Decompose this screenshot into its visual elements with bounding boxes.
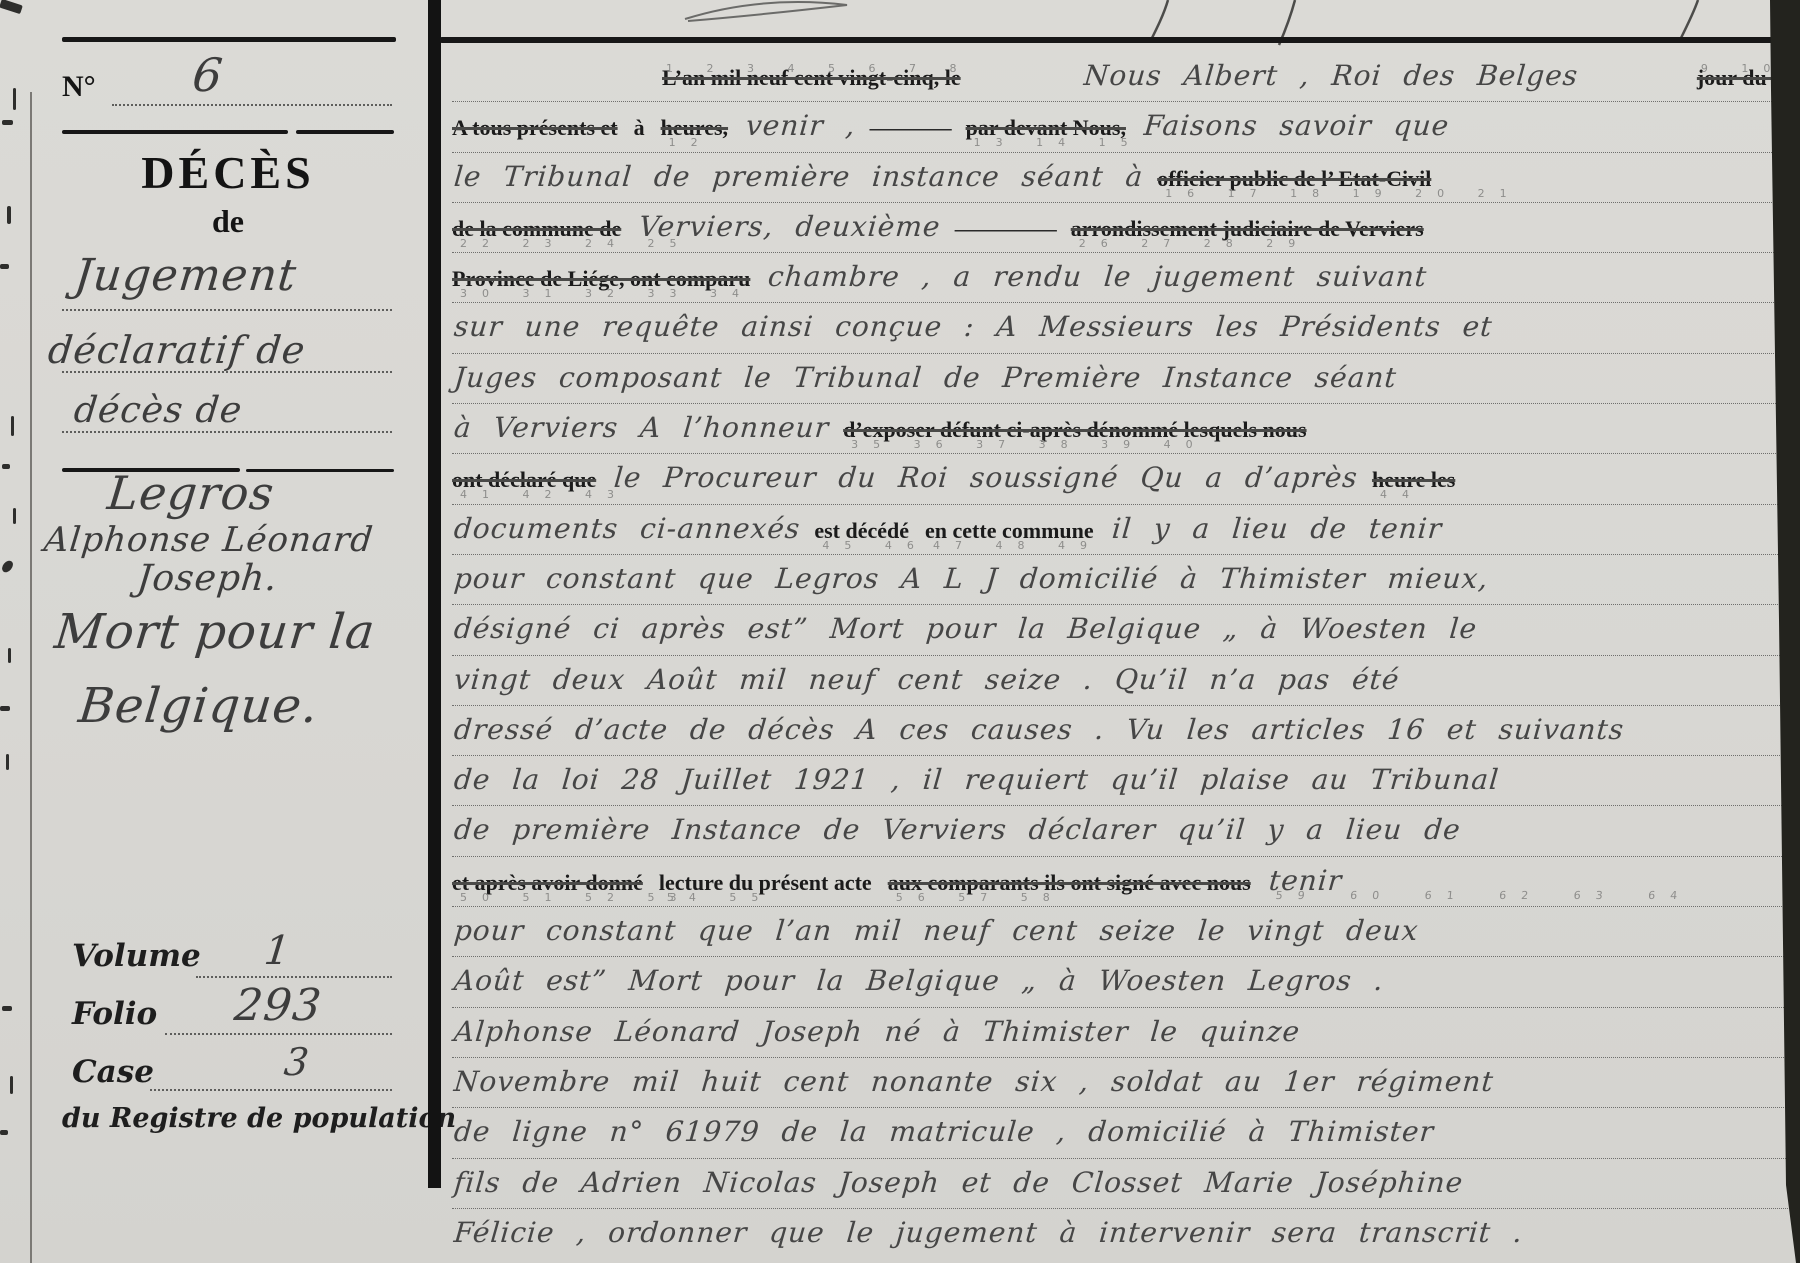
act-text-segment: Province de Liége, ont comparu30 31 32 3… <box>452 255 750 302</box>
dotted-line <box>62 431 392 433</box>
dotted-line <box>112 104 392 106</box>
act-text-segment: Faisons savoir que <box>1142 102 1451 149</box>
mort-pour-la-belgique-line: Mort pour la <box>52 604 378 660</box>
act-line: pour constant que Legros A L J domicilié… <box>452 555 1788 605</box>
act-text-segment: Verviers, deuxième <box>637 203 943 250</box>
act-text-segment: vingt deux Août mil neuf cent seize . Qu… <box>452 656 1402 703</box>
case-label: Case <box>72 1054 154 1090</box>
binding-mark <box>6 754 9 770</box>
record-number-value: 6 <box>190 48 226 102</box>
dotted-line <box>150 1089 392 1091</box>
act-text-segment: et après avoir donné50 51 52 53 <box>452 859 643 906</box>
act-text-segment: officier public de l’ Etat-Civil16 17 18… <box>1157 155 1431 202</box>
case-value: 3 <box>282 1040 312 1084</box>
act-line: A tous présents etàheures,12venir ,————p… <box>452 102 1788 152</box>
main-top-rule <box>440 37 1792 43</box>
act-text-segment: Novembre mil huit cent nonante six , sol… <box>452 1058 1496 1105</box>
binding-mark <box>2 120 13 125</box>
act-text-segment: jour du mois9 10 11 <box>1592 54 1800 101</box>
act-text-segment: de ligne n° 61979 de la matricule , domi… <box>452 1108 1436 1155</box>
death-record-scan: N° 6 DÉCÈS de Jugement déclaratif de déc… <box>0 0 1800 1263</box>
margin-rule <box>62 130 288 134</box>
act-line: fils de Adrien Nicolas Joseph et de Clos… <box>452 1159 1788 1209</box>
act-text-segment: d’exposer défunt ci-après dénommé lesque… <box>843 406 1306 453</box>
act-text-segment: documents ci-annexés <box>452 505 802 552</box>
act-line: de ligne n° 61979 de la matricule , domi… <box>452 1108 1788 1158</box>
binding-mark <box>0 559 15 575</box>
act-text-segment: chambre , a rendu le jugement suivant <box>766 253 1429 300</box>
act-line: de première Instance de Verviers déclare… <box>452 806 1788 856</box>
dotted-line <box>165 1033 392 1035</box>
binding-mark <box>13 88 16 110</box>
form-field-number: 9 10 11 <box>1596 45 1800 92</box>
act-text-segment: de première Instance de Verviers déclare… <box>452 806 1463 853</box>
act-line: de la commune de22 23 24 25Verviers, deu… <box>452 203 1788 253</box>
act-text-segment: par devant Nous,13 14 15 <box>966 104 1126 151</box>
act-text-segment: est décédé45 46 <box>814 507 909 554</box>
act-text-segment: Alphonse Léonard Joseph né à Thimister l… <box>452 1008 1302 1055</box>
binding-mark <box>0 0 23 14</box>
deceased-name-line: Alphonse Léonard <box>42 520 375 560</box>
dotted-line <box>62 309 392 311</box>
dotted-line <box>196 976 392 978</box>
folio-label: Folio <box>72 996 157 1032</box>
act-text-segment: ————— <box>955 205 1055 252</box>
act-line: documents ci-annexésest décédé45 46en ce… <box>452 505 1788 555</box>
act-text-segment: heures,12 <box>661 104 728 151</box>
act-text-segment: ont déclaré que41 42 43 <box>452 456 596 503</box>
population-register-note: du Registre de population <box>62 1103 456 1134</box>
act-text-segment: arrondissement judiciaire de Verviers26 … <box>1071 205 1424 252</box>
binding-mark <box>2 1006 12 1011</box>
deceased-name-line: Joseph. <box>135 558 280 599</box>
act-line: Juges composant le Tribunal de Première … <box>452 354 1788 404</box>
act-line: et après avoir donné50 51 52 53lecture d… <box>452 857 1788 907</box>
act-text-segment: Août est” Mort pour la Belgique „ à Woes… <box>452 957 1386 1004</box>
dotted-line <box>62 371 392 373</box>
act-text-segment: venir , <box>744 102 858 149</box>
deces-title: DÉCÈS <box>62 146 394 199</box>
act-text-segment: Juges composant le Tribunal de Première … <box>452 354 1399 401</box>
record-number-label: N° <box>62 70 96 104</box>
act-line: le Tribunal de première instance séant à… <box>452 153 1788 203</box>
binding-mark <box>0 264 9 269</box>
binding-mark <box>13 508 16 524</box>
binding-mark <box>2 464 10 469</box>
act-line: dressé d’acte de décès A ces causes . Vu… <box>452 706 1788 756</box>
folio-value: 293 <box>232 980 324 1031</box>
act-text-segment: Nous Albert , Roi des Belges <box>977 52 1580 99</box>
act-text-segment: en cette commune47 48 49 <box>925 507 1094 554</box>
act-text-segment: désigné ci après est” Mort pour la Belgi… <box>452 605 1479 652</box>
binding-mark <box>10 1076 13 1094</box>
act-text-segment: fils de Adrien Nicolas Joseph et de Clos… <box>452 1159 1465 1206</box>
act-text-segment: le Tribunal de première instance séant à <box>452 153 1145 200</box>
act-line: vingt deux Août mil neuf cent seize . Qu… <box>452 656 1788 706</box>
act-text-segment: pour constant que l’an mil neuf cent sei… <box>452 907 1421 954</box>
act-text-segment: tenir59 60 61 62 63 64 <box>1267 857 1344 904</box>
act-text-segment: L’an mil neuf cent vingt-cinq, le1 2 3 4… <box>557 54 961 101</box>
act-text-segment: de la loi 28 Juillet 1921 , il requiert … <box>452 756 1501 803</box>
act-type-line: Jugement <box>72 250 299 301</box>
act-text-segment: à <box>634 104 645 151</box>
act-line: Novembre mil huit cent nonante six , sol… <box>452 1058 1788 1108</box>
act-text-segment: dressé d’acte de décès A ces causes . Vu… <box>452 706 1626 753</box>
act-text-segment: il y a lieu de tenir <box>1110 505 1444 552</box>
act-text-segment: A tous présents et <box>452 104 618 151</box>
binding-mark <box>7 206 11 224</box>
deceased-name-line: Legros <box>105 466 277 520</box>
act-line: ont déclaré que41 42 43le Procureur du R… <box>452 454 1788 504</box>
act-text-segment: de la commune de22 23 24 25 <box>452 205 621 252</box>
binding-mark <box>11 416 14 436</box>
volume-value: 1 <box>262 928 293 974</box>
act-text: L’an mil neuf cent vingt-cinq, le1 2 3 4… <box>452 52 1788 1258</box>
margin-rule <box>296 130 394 134</box>
act-line: Août est” Mort pour la Belgique „ à Woes… <box>452 957 1788 1007</box>
act-line: de la loi 28 Juillet 1921 , il requiert … <box>452 756 1788 806</box>
act-text-segment: à Verviers A l’honneur <box>452 404 831 451</box>
column-divider-rule <box>428 0 441 1188</box>
margin-top-rule <box>62 37 396 42</box>
act-line: Province de Liége, ont comparu30 31 32 3… <box>452 253 1788 303</box>
act-text-segment: heure les44 <box>1372 456 1455 503</box>
act-line: sur une requête ainsi conçue : A Messieu… <box>452 303 1788 353</box>
act-text-segment: sur une requête ainsi conçue : A Messieu… <box>452 303 1495 350</box>
act-type-line: déclaratif de <box>46 328 308 372</box>
binding-mark <box>0 706 10 711</box>
act-line: Alphonse Léonard Joseph né à Thimister l… <box>452 1008 1788 1058</box>
act-text-segment: ———— <box>870 104 950 151</box>
act-type-line: décès de <box>72 390 244 431</box>
act-text-segment: Félicie , ordonner que le jugement à int… <box>452 1209 1525 1256</box>
margin-edge-line <box>30 92 32 1263</box>
binding-mark <box>0 1130 8 1135</box>
volume-label: Volume <box>72 938 201 974</box>
form-field-number: 1 2 3 4 5 6 7 8 <box>561 45 971 92</box>
act-text-segment: le Procureur du Roi soussigné Qu a d’apr… <box>612 454 1360 501</box>
act-line: Félicie , ordonner que le jugement à int… <box>452 1209 1788 1258</box>
deces-subtitle: de <box>62 203 394 240</box>
act-line: à Verviers A l’honneurd’exposer défunt c… <box>452 404 1788 454</box>
act-text-segment: aux comparants ils ont signé avec nous56… <box>888 859 1251 906</box>
act-line: désigné ci après est” Mort pour la Belgi… <box>452 605 1788 655</box>
mort-pour-la-belgique-line: Belgique. <box>76 678 321 734</box>
act-line: pour constant que l’an mil neuf cent sei… <box>452 907 1788 957</box>
binding-mark <box>8 648 11 663</box>
act-text-segment: pour constant que Legros A L J domicilié… <box>452 555 1490 602</box>
act-text-segment: lecture du présent acte54 55 <box>659 859 872 906</box>
act-line: L’an mil neuf cent vingt-cinq, le1 2 3 4… <box>452 52 1788 102</box>
